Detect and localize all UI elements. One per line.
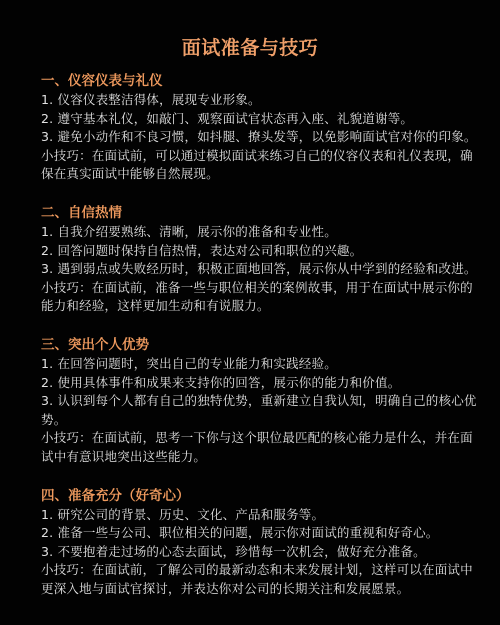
section-heading: 四、准备充分（好奇心） [41,486,481,506]
section-heading: 一、仪容仪表与礼仪 [41,71,481,91]
tip-text: 小技巧：在面试前，思考一下你与这个职位最匹配的核心能力是什么，并在面试中有意识地… [41,429,481,466]
tip-text: 小技巧：在面试前，可以通过模拟面试来练习自己的仪容仪表和礼仪表现，确保在真实面试… [41,147,481,184]
content-body: 一、仪容仪表与礼仪 1. 仪容仪表整洁得体，展现专业形象。 2. 遵守基本礼仪，… [41,71,481,617]
section-confidence: 二、自信热情 1. 自我介绍要熟练、清晰，展示你的准备和专业性。 2. 回答问题… [41,203,481,316]
list-item: 2. 使用具体事件和成果来支持你的回答，展示你的能力和价值。 [41,374,481,393]
tip-text: 小技巧：在面试前，了解公司的最新动态和未来发展计划，这样可以在面试中更深入地与面… [41,561,481,598]
tip-text: 小技巧：在面试前，准备一些与职位相关的案例故事，用于在面试中展示你的能力和经验，… [41,279,481,316]
section-etiquette: 一、仪容仪表与礼仪 1. 仪容仪表整洁得体，展现专业形象。 2. 遵守基本礼仪，… [41,71,481,184]
list-item: 3. 避免小动作和不良习惯，如抖腿、撩头发等，以免影响面试官对你的印象。 [41,128,481,147]
section-heading: 二、自信热情 [41,203,481,223]
list-item: 1. 研究公司的背景、历史、文化、产品和服务等。 [41,506,481,525]
page-title: 面试准备与技巧 [0,33,500,60]
list-item: 1. 仪容仪表整洁得体，展现专业形象。 [41,91,481,110]
list-item: 3. 认识到每个人都有自己的独特优势，重新建立自我认知，明确自己的核心优势。 [41,392,481,429]
list-item: 2. 准备一些与公司、职位相关的问题，展示你对面试的重视和好奇心。 [41,524,481,543]
section-preparation: 四、准备充分（好奇心） 1. 研究公司的背景、历史、文化、产品和服务等。 2. … [41,486,481,599]
list-item: 2. 遵守基本礼仪，如敲门、观察面试官状态再入座、礼貌道谢等。 [41,110,481,129]
list-item: 3. 遇到弱点或失败经历时，积极正面地回答，展示你从中学到的经验和改进。 [41,260,481,279]
list-item: 1. 在回答问题时，突出自己的专业能力和实践经验。 [41,355,481,374]
section-heading: 三、突出个人优势 [41,335,481,355]
list-item: 2. 回答问题时保持自信热情，表达对公司和职位的兴趣。 [41,242,481,261]
list-item: 3. 不要抱着走过场的心态去面试，珍惜每一次机会，做好充分准备。 [41,543,481,562]
document-page: 面试准备与技巧 一、仪容仪表与礼仪 1. 仪容仪表整洁得体，展现专业形象。 2.… [0,0,500,625]
section-strengths: 三、突出个人优势 1. 在回答问题时，突出自己的专业能力和实践经验。 2. 使用… [41,335,481,467]
list-item: 1. 自我介绍要熟练、清晰，展示你的准备和专业性。 [41,223,481,242]
